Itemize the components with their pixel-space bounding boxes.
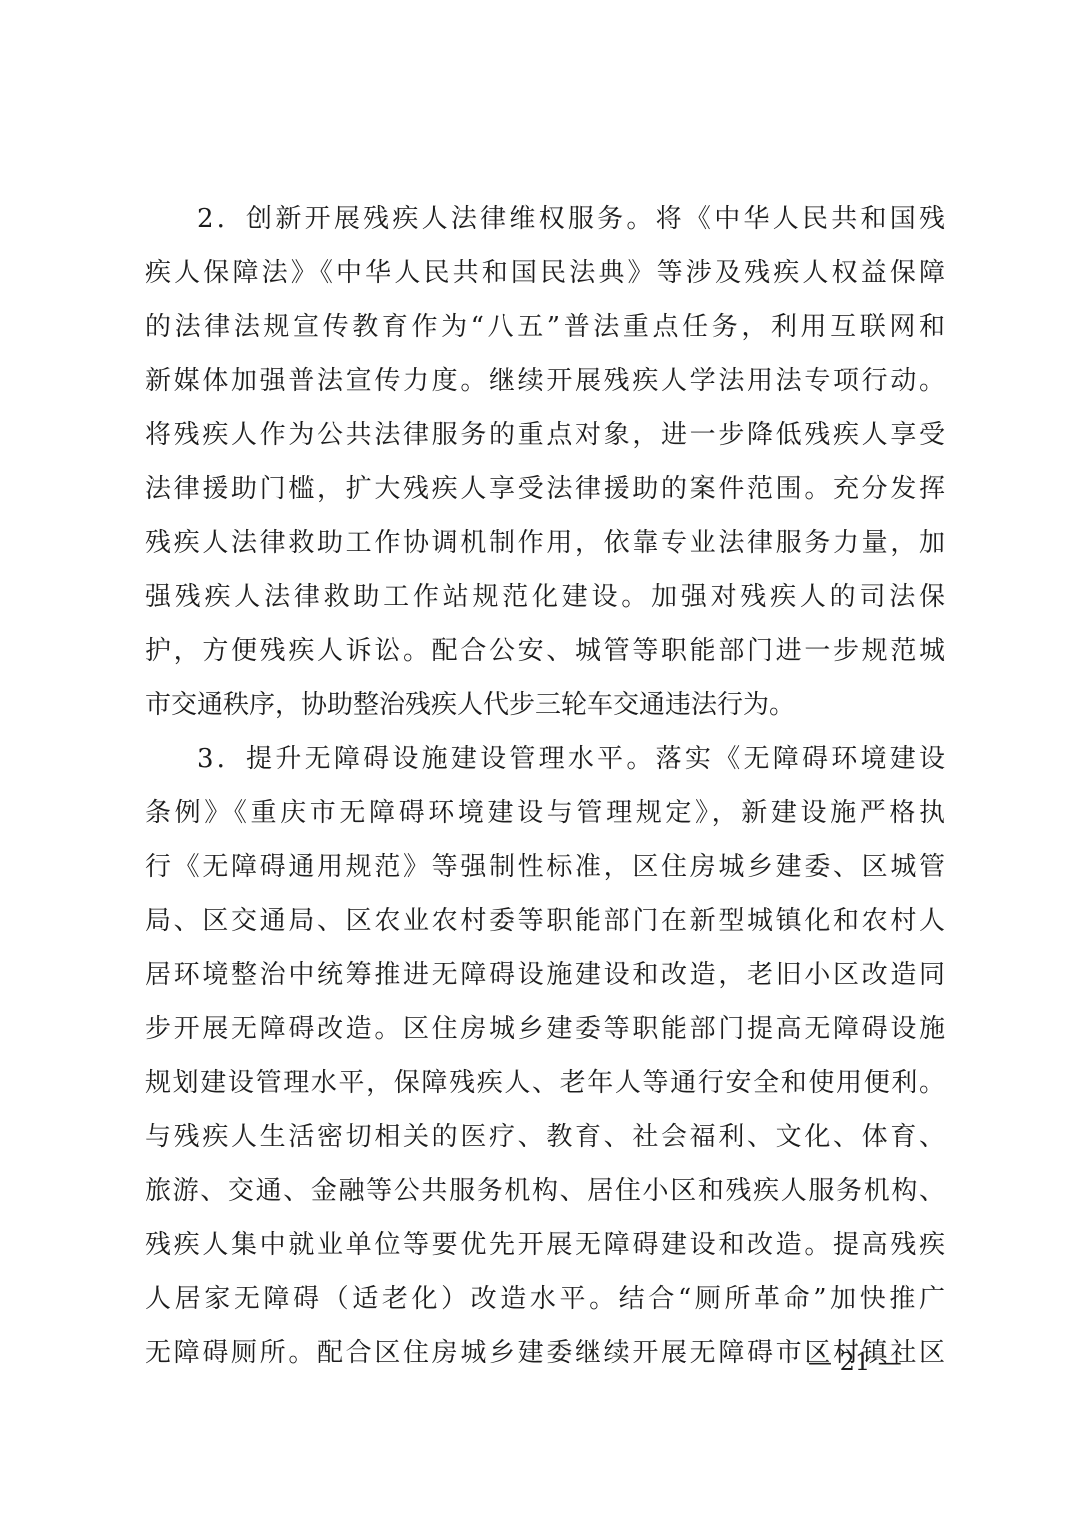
text-line: 条例》《重庆市无障碍环境建设与管理规定》，新建设施严格执 <box>145 786 945 840</box>
text-line: 护，方便残疾人诉讼。配合公安、城管等职能部门进一步规范城 <box>145 624 945 678</box>
text-line: 步开展无障碍改造。区住房城乡建委等职能部门提高无障碍设施 <box>145 1002 945 1056</box>
text-line: 3．提升无障碍设施建设管理水平。落实《无障碍环境建设 <box>145 732 945 786</box>
text-line: 规划建设管理水平，保障残疾人、老年人等通行安全和使用便利。 <box>145 1056 945 1110</box>
text-line: 的法律法规宣传教育作为“八五”普法重点任务，利用互联网和 <box>145 300 945 354</box>
page-number: — 21 — <box>808 1342 902 1382</box>
text-line: 局、区交通局、区农业农村委等职能部门在新型城镇化和农村人 <box>145 894 945 948</box>
text-line: 法律援助门槛，扩大残疾人享受法律援助的案件范围。充分发挥 <box>145 462 945 516</box>
text-line: 新媒体加强普法宣传力度。继续开展残疾人学法用法专项行动。 <box>145 354 945 408</box>
text-line: 旅游、交通、金融等公共服务机构、居住小区和残疾人服务机构、 <box>145 1164 945 1218</box>
text-line: 居环境整治中统筹推进无障碍设施建设和改造，老旧小区改造同 <box>145 948 945 1002</box>
text-line: 将残疾人作为公共法律服务的重点对象，进一步降低残疾人享受 <box>145 408 945 462</box>
text-line: 残疾人集中就业单位等要优先开展无障碍建设和改造。提高残疾 <box>145 1218 945 1272</box>
text-line: 残疾人法律救助工作协调机制作用，依靠专业法律服务力量，加 <box>145 516 945 570</box>
text-line: 人居家无障碍（适老化）改造水平。结合“厕所革命”加快推广 <box>145 1272 945 1326</box>
document-page: 2．创新开展残疾人法律维权服务。将《中华人民共和国残 疾人保障法》《中华人民共和… <box>0 0 1074 1520</box>
body-text: 2．创新开展残疾人法律维权服务。将《中华人民共和国残 疾人保障法》《中华人民共和… <box>145 192 945 1380</box>
text-line: 与残疾人生活密切相关的医疗、教育、社会福利、文化、体育、 <box>145 1110 945 1164</box>
paragraph-accessibility-facilities: 3．提升无障碍设施建设管理水平。落实《无障碍环境建设 条例》《重庆市无障碍环境建… <box>145 732 945 1380</box>
text-line: 市交通秩序，协助整治残疾人代步三轮车交通违法行为。 <box>145 678 945 732</box>
text-line: 强残疾人法律救助工作站规范化建设。加强对残疾人的司法保 <box>145 570 945 624</box>
text-line: 疾人保障法》《中华人民共和国民法典》等涉及残疾人权益保障 <box>145 246 945 300</box>
paragraph-legal-rights-service: 2．创新开展残疾人法律维权服务。将《中华人民共和国残 疾人保障法》《中华人民共和… <box>145 192 945 732</box>
text-line: 2．创新开展残疾人法律维权服务。将《中华人民共和国残 <box>145 192 945 246</box>
text-line: 行《无障碍通用规范》等强制性标准，区住房城乡建委、区城管 <box>145 840 945 894</box>
